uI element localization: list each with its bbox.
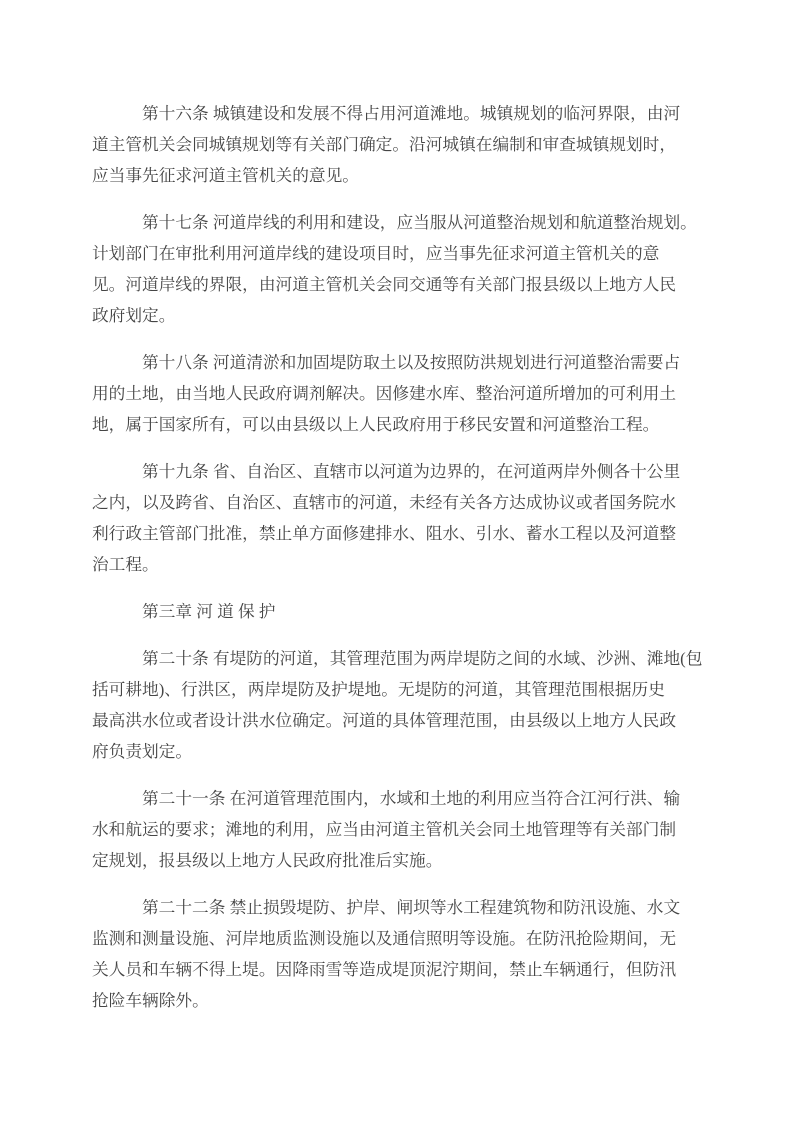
paragraph-article-19: 第十九条 省、自治区、直辖市以河道为边界的，在河道两岸外侧各十公里 之内，以及跨… <box>92 456 683 580</box>
paragraph-article-20: 第二十条 有堤防的河道，其管理范围为两岸堤防之间的水域、沙洲、滩地(包 括可耕地… <box>92 643 683 767</box>
paragraph-article-18: 第十八条 河道清淤和加固堤防取土以及按照防洪规划进行河道整治需要占 用的土地，由… <box>92 347 683 440</box>
paragraph-article-17: 第十七条 河道岸线的利用和建设，应当服从河道整治规划和航道整治规划。 计划部门在… <box>92 207 683 331</box>
paragraph-article-16: 第十六条 城镇建设和发展不得占用河道滩地。城镇规划的临河界限，由河 道主管机关会… <box>92 98 683 191</box>
chapter-heading: 第三章 河 道 保 护 <box>92 596 683 627</box>
document-page: 第十六条 城镇建设和发展不得占用河道滩地。城镇规划的临河界限，由河 道主管机关会… <box>0 0 793 1122</box>
paragraph-article-22: 第二十二条 禁止损毁堤防、护岸、闸坝等水工程建筑物和防汛设施、水文 监测和测量设… <box>92 892 683 1016</box>
paragraph-article-21: 第二十一条 在河道管理范围内，水域和土地的利用应当符合江河行洪、输 水和航运的要… <box>92 783 683 876</box>
